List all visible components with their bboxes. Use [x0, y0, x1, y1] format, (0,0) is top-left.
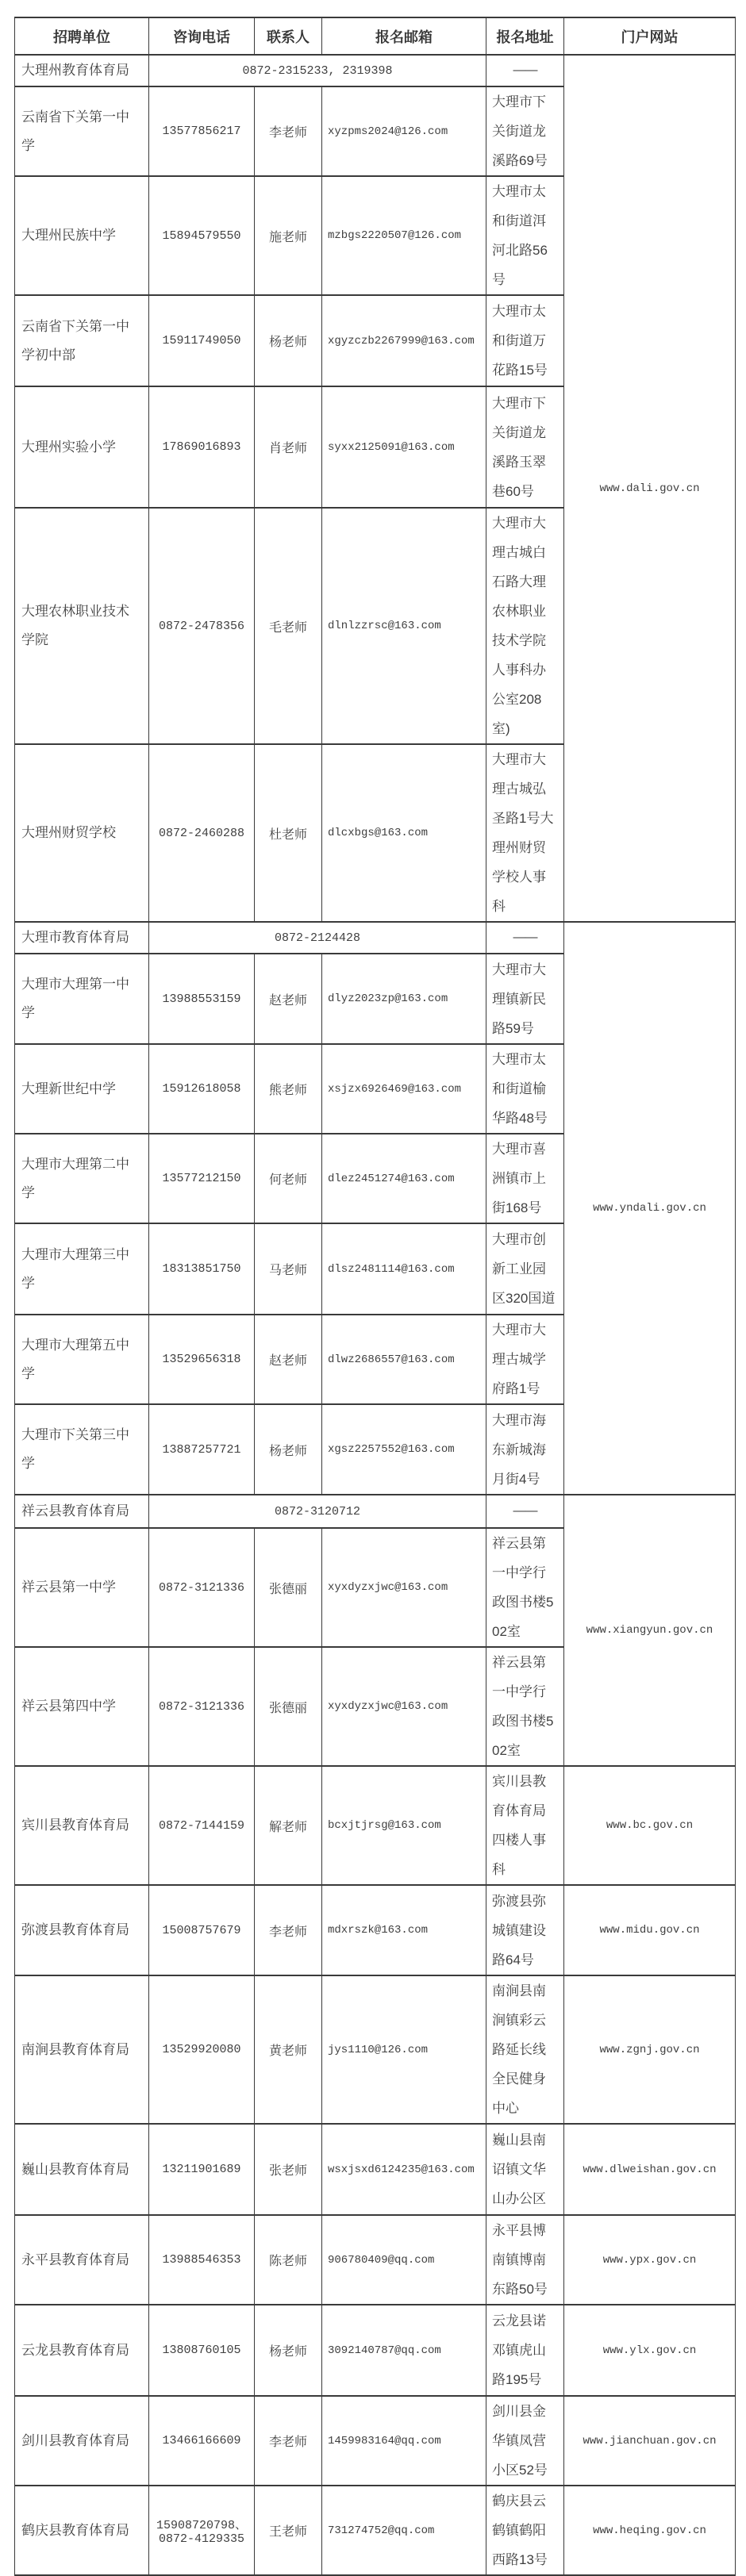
column-header-phone: 咨询电话 [149, 17, 255, 55]
table-row: 祥云县教育体育局0872-3120712——www.xiangyun.gov.c… [15, 1495, 736, 1528]
unit-cell: 大理市教育体育局 [15, 922, 149, 954]
phone-cell: 13529920080 [149, 1975, 255, 2124]
column-header-website: 门户网站 [564, 17, 736, 55]
address-cell: —— [486, 922, 564, 954]
address-cell: 大理市太和街道万花路15号 [486, 295, 564, 386]
phone-cell: 13988553159 [149, 954, 255, 1044]
contact-cell: 施老师 [255, 176, 322, 295]
address-cell: 弥渡县弥城镇建设路64号 [486, 1885, 564, 1975]
address-cell: 大理市下关街道龙溪路69号 [486, 86, 564, 176]
address-cell: 大理市喜洲镇市上街168号 [486, 1134, 564, 1223]
table-row: 巍山县教育体育局13211901689张老师wsxjsxd6124235@163… [15, 2124, 736, 2215]
unit-cell: 大理州财贸学校 [15, 744, 149, 922]
address-cell: 祥云县第一中学行政图书楼502室 [486, 1528, 564, 1647]
address-cell: —— [486, 55, 564, 86]
contact-cell: 张德丽 [255, 1647, 322, 1766]
website-cell: www.bc.gov.cn [564, 1766, 736, 1885]
contact-cell: 毛老师 [255, 508, 322, 744]
phone-cell: 0872-2460288 [149, 744, 255, 922]
unit-cell: 云龙县教育体育局 [15, 2305, 149, 2396]
unit-cell: 云南省下关第一中学初中部 [15, 295, 149, 386]
unit-cell: 宾川县教育体育局 [15, 1766, 149, 1885]
email-cell: mzbgs2220507@126.com [322, 176, 486, 295]
phone-cell: 0872-3121336 [149, 1528, 255, 1647]
phone-cell: 13577212150 [149, 1134, 255, 1223]
address-cell: 大理市下关街道龙溪路玉翠巷60号 [486, 386, 564, 508]
unit-cell: 巍山县教育体育局 [15, 2124, 149, 2215]
address-cell: 大理市海东新城海月街4号 [486, 1404, 564, 1495]
table-row: 大理市教育体育局0872-2124428——www.yndali.gov.cn [15, 922, 736, 954]
table-row: 云龙县教育体育局13808760105杨老师3092140787@qq.com云… [15, 2305, 736, 2396]
phone-cell: 0872-2478356 [149, 508, 255, 744]
unit-cell: 剑川县教育体育局 [15, 2396, 149, 2486]
phone-cell: 13988546353 [149, 2215, 255, 2305]
table-row: 鹤庆县教育体育局15908720798、0872-4129335王老师73127… [15, 2486, 736, 2575]
unit-cell: 大理州实验小学 [15, 386, 149, 508]
address-cell: 大理市创新工业园区320国道 [486, 1223, 564, 1315]
table-row: 宾川县教育体育局0872-7144159解老师bcxjtjrsg@163.com… [15, 1766, 736, 1885]
email-cell: wsxjsxd6124235@163.com [322, 2124, 486, 2215]
table-row: 永平县教育体育局13988546353陈老师906780409@qq.com永平… [15, 2215, 736, 2305]
page: { "colors": { "border": "#3a3a3a", "text… [0, 0, 746, 2555]
website-cell: www.dlweishan.gov.cn [564, 2124, 736, 2215]
table-row: 弥渡县教育体育局15008757679李老师mdxrszk@163.com弥渡县… [15, 1885, 736, 1975]
unit-cell: 永平县教育体育局 [15, 2215, 149, 2305]
email-cell: 906780409@qq.com [322, 2215, 486, 2305]
email-cell: dlez2451274@163.com [322, 1134, 486, 1223]
contact-cell: 张老师 [255, 2124, 322, 2215]
unit-cell: 大理市大理第二中学 [15, 1134, 149, 1223]
phone-cell: 13529656318 [149, 1315, 255, 1404]
email-cell: xgsz2257552@163.com [322, 1404, 486, 1495]
address-cell: 南涧县南涧镇彩云路延长线全民健身中心 [486, 1975, 564, 2124]
address-cell: 大理市太和街道洱河北路56号 [486, 176, 564, 295]
email-cell: dlyz2023zp@163.com [322, 954, 486, 1044]
column-header-email: 报名邮箱 [322, 17, 486, 55]
email-cell: xsjzx6926469@163.com [322, 1044, 486, 1134]
unit-cell: 祥云县第四中学 [15, 1647, 149, 1766]
contact-cell: 李老师 [255, 1885, 322, 1975]
contact-cell: 何老师 [255, 1134, 322, 1223]
unit-cell: 鹤庆县教育体育局 [15, 2486, 149, 2575]
address-cell: 祥云县第一中学行政图书楼502室 [486, 1647, 564, 1766]
unit-cell: 大理州教育体育局 [15, 55, 149, 86]
address-cell: 鹤庆县云鹤镇鹤阳西路13号 [486, 2486, 564, 2575]
contact-cell: 杨老师 [255, 2305, 322, 2396]
website-cell: www.midu.gov.cn [564, 1885, 736, 1975]
email-cell: 3092140787@qq.com [322, 2305, 486, 2396]
address-cell: 大理市大理古城弘圣路1号大理州财贸学校人事科 [486, 744, 564, 922]
contact-cell: 陈老师 [255, 2215, 322, 2305]
phone-cell: 13211901689 [149, 2124, 255, 2215]
unit-cell: 云南省下关第一中学 [15, 86, 149, 176]
website-cell: www.zgnj.gov.cn [564, 1975, 736, 2124]
address-cell: —— [486, 1495, 564, 1528]
website-cell: www.jianchuan.gov.cn [564, 2396, 736, 2486]
unit-cell: 祥云县教育体育局 [15, 1495, 149, 1528]
phone-cell: 0872-3121336 [149, 1647, 255, 1766]
unit-cell: 大理市下关第三中学 [15, 1404, 149, 1495]
phone-cell: 0872-2315233, 2319398 [149, 55, 486, 86]
website-cell: www.xiangyun.gov.cn [564, 1495, 736, 1766]
phone-cell: 13887257721 [149, 1404, 255, 1495]
email-cell: 1459983164@qq.com [322, 2396, 486, 2486]
address-cell: 永平县博南镇博南东路50号 [486, 2215, 564, 2305]
email-cell: xyxdyzxjwc@163.com [322, 1528, 486, 1647]
email-cell: dlsz2481114@163.com [322, 1223, 486, 1315]
phone-cell: 0872-2124428 [149, 922, 486, 954]
phone-cell: 15894579550 [149, 176, 255, 295]
contact-cell: 杜老师 [255, 744, 322, 922]
email-cell: 731274752@qq.com [322, 2486, 486, 2575]
phone-cell: 13577856217 [149, 86, 255, 176]
email-cell: mdxrszk@163.com [322, 1885, 486, 1975]
phone-cell: 13466166609 [149, 2396, 255, 2486]
unit-cell: 大理新世纪中学 [15, 1044, 149, 1134]
contact-cell: 赵老师 [255, 1315, 322, 1404]
contact-cell: 马老师 [255, 1223, 322, 1315]
unit-cell: 大理市大理第一中学 [15, 954, 149, 1044]
contact-cell: 李老师 [255, 86, 322, 176]
email-cell: syxx2125091@163.com [322, 386, 486, 508]
address-cell: 大理市大理镇新民路59号 [486, 954, 564, 1044]
unit-cell: 弥渡县教育体育局 [15, 1885, 149, 1975]
address-cell: 大理市大理古城学府路1号 [486, 1315, 564, 1404]
contact-cell: 杨老师 [255, 295, 322, 386]
email-cell: dlnlzzrsc@163.com [322, 508, 486, 744]
column-header-unit: 招聘单位 [15, 17, 149, 55]
email-cell: xyzpms2024@126.com [322, 86, 486, 176]
contact-cell: 解老师 [255, 1766, 322, 1885]
email-cell: dlwz2686557@163.com [322, 1315, 486, 1404]
contact-cell: 张德丽 [255, 1528, 322, 1647]
address-cell: 巍山县南诏镇文华山办公区 [486, 2124, 564, 2215]
phone-cell: 15912618058 [149, 1044, 255, 1134]
phone-cell: 0872-3120712 [149, 1495, 486, 1528]
column-header-address: 报名地址 [486, 17, 564, 55]
email-cell: xgyzczb2267999@163.com [322, 295, 486, 386]
contact-cell: 黄老师 [255, 1975, 322, 2124]
recruitment-contact-table: 招聘单位 咨询电话 联系人 报名邮箱 报名地址 门户网站 大理州教育体育局087… [14, 17, 736, 2576]
phone-cell: 17869016893 [149, 386, 255, 508]
address-cell: 大理市大理古城白石路大理农林职业技术学院人事科办公室208室) [486, 508, 564, 744]
table-row: 大理州教育体育局0872-2315233, 2319398——www.dali.… [15, 55, 736, 86]
table-row: 南涧县教育体育局13529920080黄老师jys1110@126.com南涧县… [15, 1975, 736, 2124]
address-cell: 宾川县教育体育局四楼人事科 [486, 1766, 564, 1885]
website-cell: www.heqing.gov.cn [564, 2486, 736, 2575]
address-cell: 剑川县金华镇凤营小区52号 [486, 2396, 564, 2486]
unit-cell: 祥云县第一中学 [15, 1528, 149, 1647]
website-cell: www.ypx.gov.cn [564, 2215, 736, 2305]
phone-cell: 0872-7144159 [149, 1766, 255, 1885]
website-cell: www.ylx.gov.cn [564, 2305, 736, 2396]
contact-cell: 李老师 [255, 2396, 322, 2486]
unit-cell: 大理农林职业技术学院 [15, 508, 149, 744]
unit-cell: 大理州民族中学 [15, 176, 149, 295]
contact-cell: 赵老师 [255, 954, 322, 1044]
address-cell: 大理市太和街道榆华路48号 [486, 1044, 564, 1134]
website-cell: www.dali.gov.cn [564, 55, 736, 922]
phone-cell: 15008757679 [149, 1885, 255, 1975]
table-row: 剑川县教育体育局13466166609李老师1459983164@qq.com剑… [15, 2396, 736, 2486]
unit-cell: 大理市大理第五中学 [15, 1315, 149, 1404]
address-cell: 云龙县诺邓镇虎山路195号 [486, 2305, 564, 2396]
header-row: 招聘单位 咨询电话 联系人 报名邮箱 报名地址 门户网站 [15, 17, 736, 55]
phone-cell: 15908720798、0872-4129335 [149, 2486, 255, 2575]
phone-cell: 13808760105 [149, 2305, 255, 2396]
contact-cell: 王老师 [255, 2486, 322, 2575]
contact-cell: 熊老师 [255, 1044, 322, 1134]
unit-cell: 大理市大理第三中学 [15, 1223, 149, 1315]
table-body: 大理州教育体育局0872-2315233, 2319398——www.dali.… [15, 55, 736, 2575]
phone-cell: 15911749050 [149, 295, 255, 386]
email-cell: bcxjtjrsg@163.com [322, 1766, 486, 1885]
contact-cell: 杨老师 [255, 1404, 322, 1495]
unit-cell: 南涧县教育体育局 [15, 1975, 149, 2124]
column-header-contact: 联系人 [255, 17, 322, 55]
phone-cell: 18313851750 [149, 1223, 255, 1315]
email-cell: jys1110@126.com [322, 1975, 486, 2124]
website-cell: www.yndali.gov.cn [564, 922, 736, 1495]
email-cell: xyxdyzxjwc@163.com [322, 1647, 486, 1766]
email-cell: dlcxbgs@163.com [322, 744, 486, 922]
table-header: 招聘单位 咨询电话 联系人 报名邮箱 报名地址 门户网站 [15, 17, 736, 55]
contact-cell: 肖老师 [255, 386, 322, 508]
